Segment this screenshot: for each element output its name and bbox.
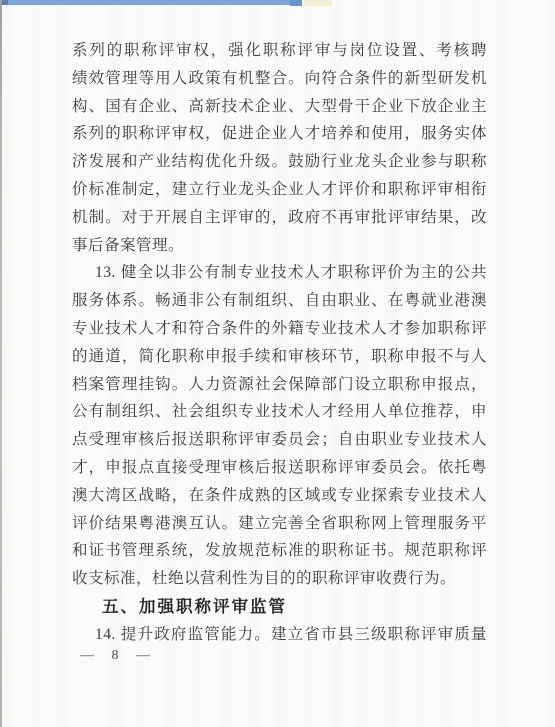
paragraph-13-start: 13. 健全以非公有制专业技术人才职称评价为主的公共 bbox=[72, 259, 487, 287]
text-line: 档案管理挂钩。人力资源社会保障部门设立职称申报点，非 bbox=[72, 371, 487, 399]
scan-artifact-bar-end bbox=[290, 0, 302, 6]
document-body: 系列的职称评审权，强化职称评审与岗位设置、考核聘用、 绩效管理等用人政策有机整合… bbox=[72, 37, 487, 649]
text-line: 价标准制定，建立行业龙头企业人才评价和职称评审相衔接 bbox=[72, 176, 487, 204]
text-line: 澳大湾区战略，在条件成熟的区域或专业探索专业技术人才 bbox=[72, 482, 487, 510]
text-line: 系列的职称评审权，促进企业人才培养和使用，服务实体经 bbox=[72, 120, 487, 148]
text-line: 绩效管理等用人政策有机整合。向符合条件的新型研发机 bbox=[72, 65, 487, 93]
text-line: 和证书管理系统，发放规范标准的职称证书。规范职称评审 bbox=[72, 537, 487, 565]
scan-artifact-smudge bbox=[304, 0, 332, 6]
text-line: 构、国有企业、高新技术企业、大型骨干企业下放企业主体 bbox=[72, 93, 487, 121]
text-line: 系列的职称评审权，强化职称评审与岗位设置、考核聘用、 bbox=[72, 37, 487, 65]
paragraph-end-line: 收支标准，杜绝以营利性为目的的职称评审收费行为。 bbox=[72, 565, 487, 593]
text-line: 济发展和产业结构优化升级。鼓励行业龙头企业参与职称评 bbox=[72, 148, 487, 176]
text-line: 点受理审核后报送职称评审委员会；自由职业专业技术人 bbox=[72, 426, 487, 454]
section-heading: 五、加强职称评审监管 bbox=[72, 593, 487, 621]
scan-page-left-edge bbox=[0, 0, 2, 727]
text-line: 才，申报点直接受理审核后报送职称评审委员会。依托粤港 bbox=[72, 454, 487, 482]
text-line: 机制。对于开展自主评审的，政府不再审批评审结果，改为 bbox=[72, 204, 487, 232]
text-line: 评价结果粤港澳互认。建立完善全省职称网上管理服务平台 bbox=[72, 510, 487, 538]
paragraph-14-start: 14. 提升政府监管能力。建立省市县三级职称评审质量 bbox=[72, 621, 487, 649]
paragraph-end-line: 事后备案管理。 bbox=[72, 232, 487, 260]
text-line: 的通道，简化职称申报手续和审核环节，职称申报不与人事 bbox=[72, 343, 487, 371]
page-number: — 8 — bbox=[80, 648, 157, 664]
scanned-document-page: 系列的职称评审权，强化职称评审与岗位设置、考核聘用、 绩效管理等用人政策有机整合… bbox=[0, 0, 555, 727]
text-line: 公有制组织、社会组织专业技术人才经用人单位推荐，申报 bbox=[72, 398, 487, 426]
text-line: 服务体系。畅通非公有制组织、自由职业、在粤就业港澳台 bbox=[72, 287, 487, 315]
scan-artifact-blue-bar bbox=[0, 0, 290, 5]
text-line: 专业技术人才和符合条件的外籍专业技术人才参加职称评审 bbox=[72, 315, 487, 343]
